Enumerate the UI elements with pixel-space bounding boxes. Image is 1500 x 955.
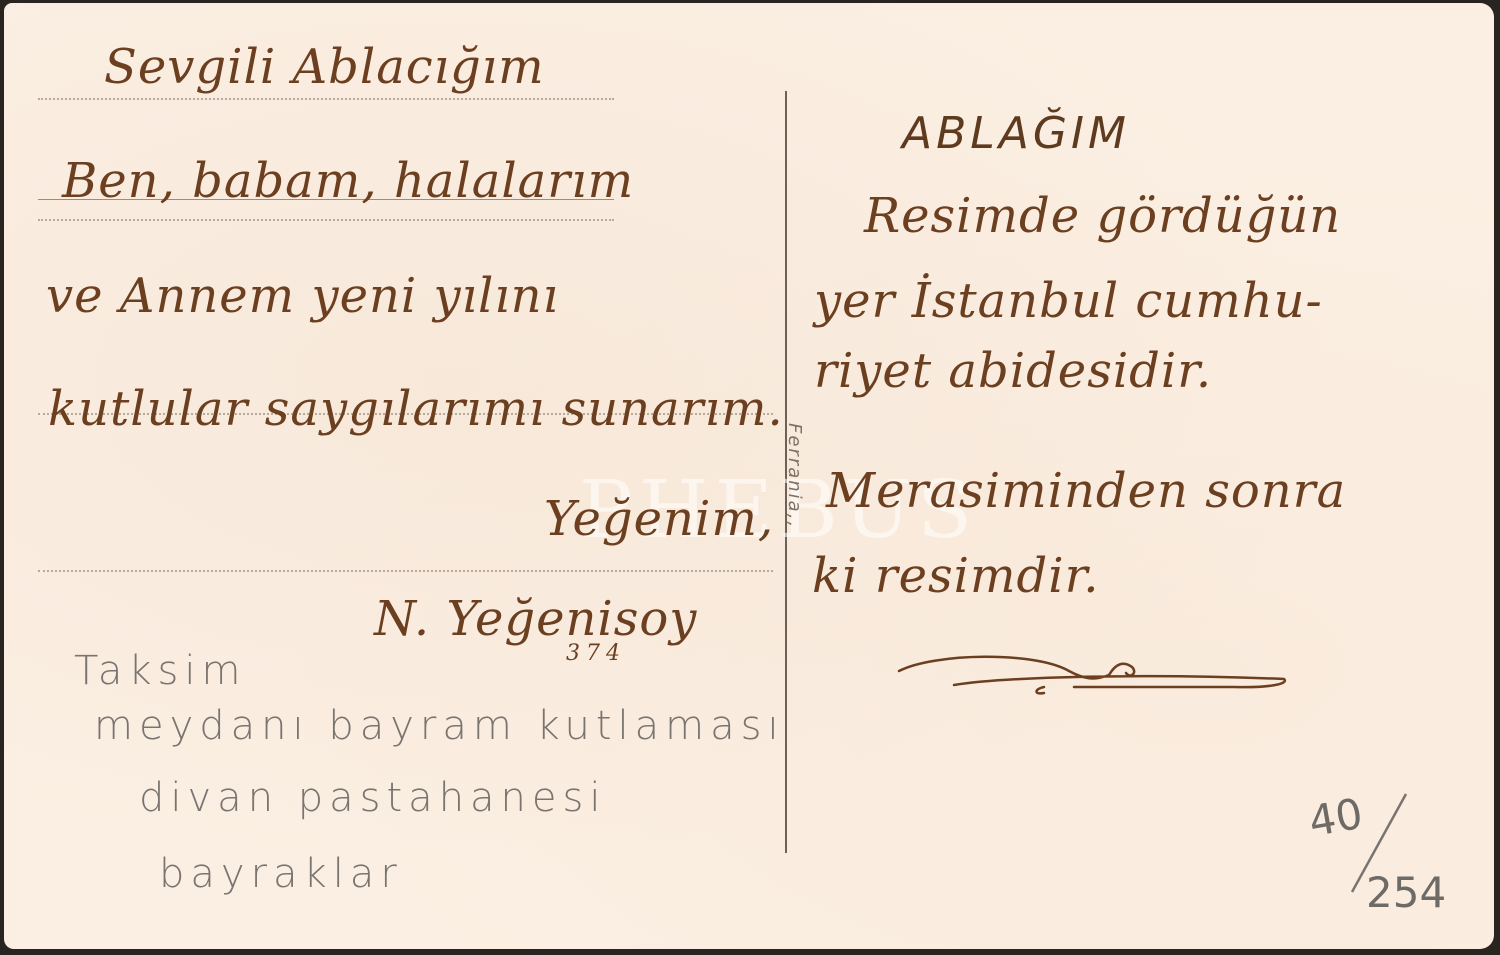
dotted-rule-4 bbox=[38, 570, 773, 572]
pencil-note-2: meydanı bayram kutlaması bbox=[94, 703, 785, 749]
right-line-5: ki resimdir. bbox=[812, 548, 1100, 604]
dotted-rule-1 bbox=[38, 98, 614, 100]
right-line-3: riyet abidesidir. bbox=[814, 343, 1212, 399]
right-line-2: yer İstanbul cumhu- bbox=[814, 273, 1323, 329]
postcard-back: PHEBUS Ferrania,, Sevgili Ablacığım Ben,… bbox=[4, 3, 1494, 949]
pencil-note-1: Taksim bbox=[74, 648, 246, 694]
dotted-rule-2 bbox=[38, 219, 614, 221]
archive-number-bottom: 254 bbox=[1366, 868, 1446, 917]
closing: Yeğenim, bbox=[544, 491, 774, 547]
message-line-1: Ben, babam, halalarım bbox=[62, 153, 634, 209]
right-line-1: Resimde gördüğün bbox=[864, 188, 1341, 244]
message-line-2: ve Annem yeni yılını bbox=[46, 268, 559, 324]
message-line-3: kutlular saygılarımı sunarım. bbox=[48, 381, 784, 437]
publisher-imprint: Ferrania,, bbox=[784, 423, 805, 529]
salutation: Sevgili Ablacığım bbox=[104, 39, 545, 95]
pencil-note-4: bayraklar bbox=[159, 851, 403, 897]
right-heading: ABLAĞIM bbox=[902, 108, 1130, 159]
pencil-note-3: divan pastahanesi bbox=[139, 775, 606, 821]
signature-scrawl-icon bbox=[894, 643, 1294, 703]
signature-number: 374 bbox=[566, 641, 626, 666]
signature: N. Yeğenisoy bbox=[374, 591, 697, 647]
right-line-4: Merasiminden sonra bbox=[826, 463, 1346, 519]
